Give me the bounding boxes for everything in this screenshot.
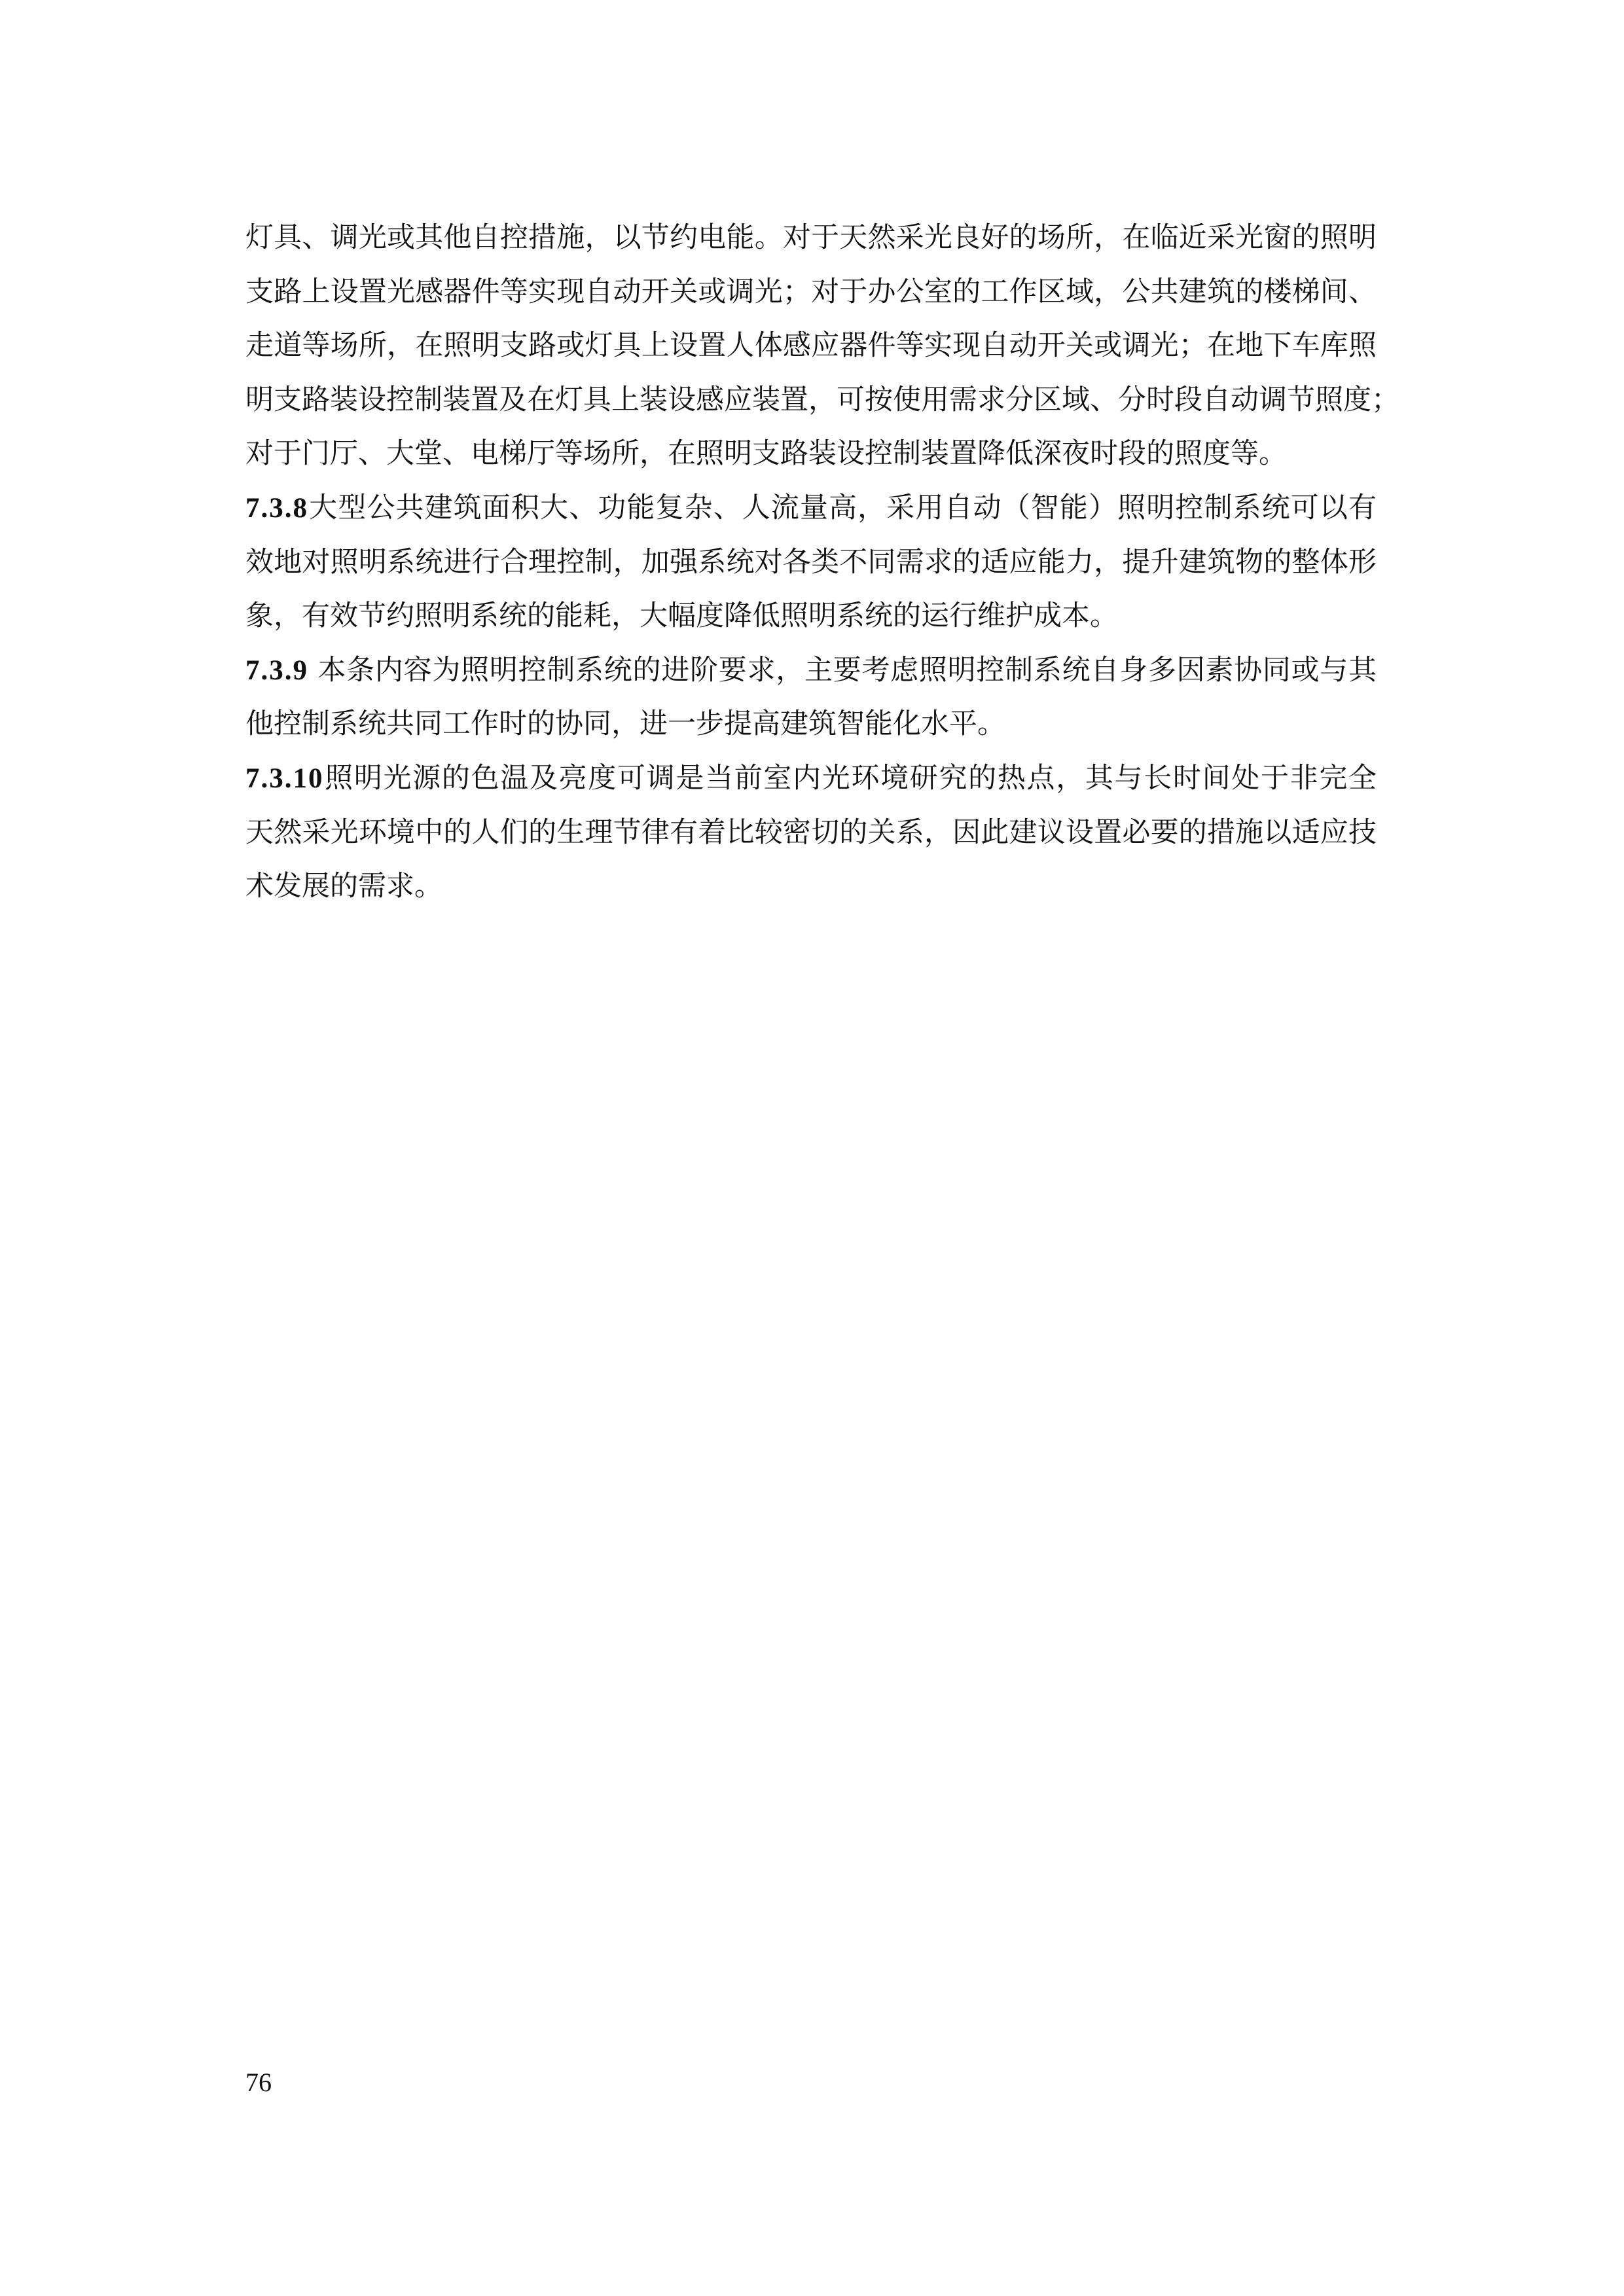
text-line: 术发展的需求。 xyxy=(245,859,1377,914)
text-line: 走道等场所，在照明支路或灯具上设置人体感应器件等实现自动开关或调光；在地下车库照 xyxy=(245,319,1377,373)
section-number: 7.3.8 xyxy=(245,493,308,524)
section-number: 7.3.10 xyxy=(245,763,324,794)
paragraph-7-3-9: 7.3.9 本条内容为照明控制系统的进阶要求，主要考虑照明控制系统自身多因素协同… xyxy=(245,643,1377,751)
text-line: 明支路装设控制装置及在灯具上装设感应装置，可按使用需求分区域、分时段自动调节照度… xyxy=(245,373,1377,427)
text-line: 象，有效节约照明系统的能耗，大幅度降低照明系统的运行维护成本。 xyxy=(245,589,1377,643)
line-text: 照明光源的色温及亮度可调是当前室内光环境研究的热点，其与长时间处于非完全 xyxy=(324,762,1377,795)
line-text: 本条内容为照明控制系统的进阶要求，主要考虑照明控制系统自身多因素协同或与其 xyxy=(308,654,1377,687)
text-line: 效地对照明系统进行合理控制，加强系统对各类不同需求的适应能力，提升建筑物的整体形 xyxy=(245,535,1377,590)
text-line: 7.3.9 本条内容为照明控制系统的进阶要求，主要考虑照明控制系统自身多因素协同… xyxy=(245,643,1377,698)
line-text: 大型公共建筑面积大、功能复杂、人流量高，采用自动（智能）照明控制系统可以有 xyxy=(308,492,1377,524)
section-number: 7.3.9 xyxy=(245,655,308,686)
paragraph-7-3-8: 7.3.8大型公共建筑面积大、功能复杂、人流量高，采用自动（智能）照明控制系统可… xyxy=(245,481,1377,643)
text-line: 支路上设置光感器件等实现自动开关或调光；对于办公室的工作区域，公共建筑的楼梯间、 xyxy=(245,265,1377,319)
page-number: 76 xyxy=(245,2067,272,2098)
paragraph-continuation: 灯具、调光或其他自控措施，以节约电能。对于天然采光良好的场所，在临近采光窗的照明… xyxy=(245,211,1377,481)
text-line: 对于门厅、大堂、电梯厅等场所，在照明支路装设控制装置降低深夜时段的照度等。 xyxy=(245,427,1377,481)
text-line: 灯具、调光或其他自控措施，以节约电能。对于天然采光良好的场所，在临近采光窗的照明 xyxy=(245,211,1377,265)
text-line: 天然采光环境中的人们的生理节律有着比较密切的关系，因此建议设置必要的措施以适应技 xyxy=(245,806,1377,860)
paragraph-7-3-10: 7.3.10照明光源的色温及亮度可调是当前室内光环境研究的热点，其与长时间处于非… xyxy=(245,751,1377,914)
document-body: 灯具、调光或其他自控措施，以节约电能。对于天然采光良好的场所，在临近采光窗的照明… xyxy=(245,211,1377,914)
text-line: 7.3.10照明光源的色温及亮度可调是当前室内光环境研究的热点，其与长时间处于非… xyxy=(245,751,1377,806)
text-line: 他控制系统共同工作时的协同，进一步提高建筑智能化水平。 xyxy=(245,697,1377,751)
text-line: 7.3.8大型公共建筑面积大、功能复杂、人流量高，采用自动（智能）照明控制系统可… xyxy=(245,481,1377,535)
